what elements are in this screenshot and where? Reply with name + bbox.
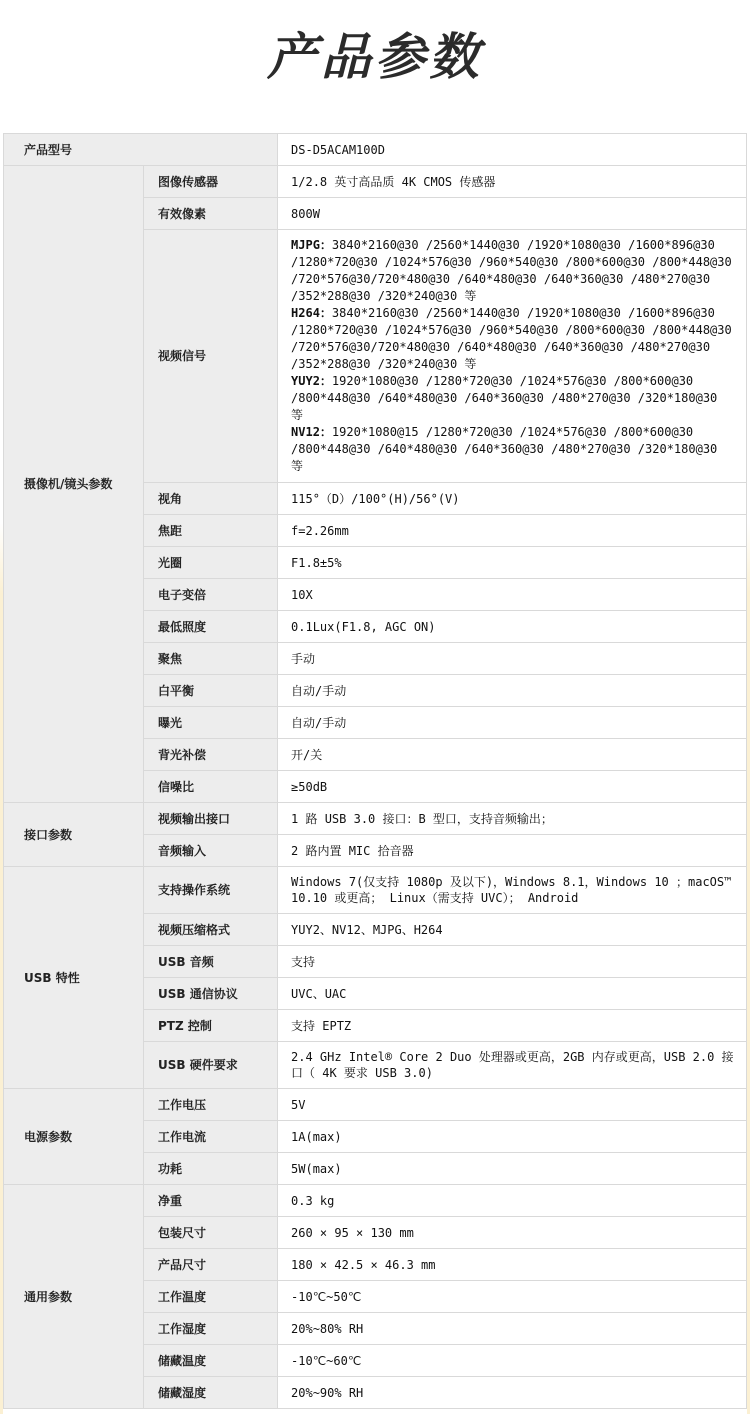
attribute-label-cell: 包装尺寸 — [144, 1217, 278, 1249]
attribute-label-cell: 图像传感器 — [144, 166, 278, 198]
attribute-value-cell: 20%~90% RH — [278, 1377, 747, 1409]
attribute-value-cell: 支持 EPTZ — [278, 1010, 747, 1042]
attribute-value-cell: 开/关 — [278, 739, 747, 771]
attribute-value-cell: 260 × 95 × 130 mm — [278, 1217, 747, 1249]
attribute-label-cell: 白平衡 — [144, 675, 278, 707]
attribute-value-cell: 0.3 kg — [278, 1185, 747, 1217]
attribute-label-cell: USB 硬件要求 — [144, 1042, 278, 1089]
attribute-value-cell: 5W(max) — [278, 1153, 747, 1185]
group-label-cell: 电源参数 — [4, 1089, 144, 1185]
attribute-label-cell: 光圈 — [144, 547, 278, 579]
attribute-value-cell: 115°（D）/100°(H)/56°(V) — [278, 483, 747, 515]
attribute-value-cell: 0.1Lux(F1.8, AGC ON) — [278, 611, 747, 643]
attribute-value-cell: UVC、UAC — [278, 978, 747, 1010]
attribute-value-cell: ≥50dB — [278, 771, 747, 803]
attribute-label-cell: 焦距 — [144, 515, 278, 547]
attribute-label-cell: 产品尺寸 — [144, 1249, 278, 1281]
attribute-label-cell: 视角 — [144, 483, 278, 515]
video-signal-segment: NV12：1920*1080@15 /1280*720@30 /1024*576… — [291, 424, 736, 475]
attribute-label-cell: 工作温度 — [144, 1281, 278, 1313]
group-label-cell: 通用参数 — [4, 1185, 144, 1409]
attribute-label-cell: USB 音频 — [144, 946, 278, 978]
attribute-value-cell: 5V — [278, 1089, 747, 1121]
spec-table: 产品型号DS-D5ACAM100D摄像机/镜头参数图像传感器1/2.8 英寸高品… — [3, 133, 747, 1409]
attribute-label-cell: 工作电压 — [144, 1089, 278, 1121]
attribute-value-cell: 10X — [278, 579, 747, 611]
attribute-label-cell: 背光补偿 — [144, 739, 278, 771]
page-title: 产品参数 — [0, 0, 750, 88]
attribute-label-cell: 最低照度 — [144, 611, 278, 643]
attribute-label-cell: USB 通信协议 — [144, 978, 278, 1010]
attribute-label-cell: 工作电流 — [144, 1121, 278, 1153]
video-signal-segment: YUY2：1920*1080@30 /1280*720@30 /1024*576… — [291, 373, 736, 424]
attribute-label-cell: 音频输入 — [144, 835, 278, 867]
model-value-cell: DS-D5ACAM100D — [278, 134, 747, 166]
attribute-value-cell: 800W — [278, 198, 747, 230]
attribute-value-cell: 自动/手动 — [278, 707, 747, 739]
attribute-value-cell: 180 × 42.5 × 46.3 mm — [278, 1249, 747, 1281]
table-row: USB 特性支持操作系统Windows 7(仅支持 1080p 及以下)，Win… — [4, 867, 747, 914]
attribute-label-cell: 有效像素 — [144, 198, 278, 230]
attribute-value-cell: F1.8±5% — [278, 547, 747, 579]
attribute-value-cell: -10℃~60℃ — [278, 1345, 747, 1377]
attribute-value-cell: 2.4 GHz Intel® Core 2 Duo 处理器或更高，2GB 内存或… — [278, 1042, 747, 1089]
attribute-value-cell: 手动 — [278, 643, 747, 675]
attribute-label-cell: 储藏湿度 — [144, 1377, 278, 1409]
attribute-label-cell: 曝光 — [144, 707, 278, 739]
attribute-label-cell: PTZ 控制 — [144, 1010, 278, 1042]
video-signal-segment: MJPG：3840*2160@30 /2560*1440@30 /1920*10… — [291, 237, 736, 305]
attribute-value-cell: 1A(max) — [278, 1121, 747, 1153]
attribute-label-cell: 支持操作系统 — [144, 867, 278, 914]
attribute-label-cell: 净重 — [144, 1185, 278, 1217]
model-row: 产品型号DS-D5ACAM100D — [4, 134, 747, 166]
attribute-value-cell: MJPG：3840*2160@30 /2560*1440@30 /1920*10… — [278, 230, 747, 483]
table-row: 接口参数视频输出接口1 路 USB 3.0 接口：B 型口，支持音频输出； — [4, 803, 747, 835]
attribute-value-cell: 2 路内置 MIC 拾音器 — [278, 835, 747, 867]
attribute-label-cell: 视频压缩格式 — [144, 914, 278, 946]
table-row: 摄像机/镜头参数图像传感器1/2.8 英寸高品质 4K CMOS 传感器 — [4, 166, 747, 198]
group-label-cell: 接口参数 — [4, 803, 144, 867]
attribute-value-cell: 1/2.8 英寸高品质 4K CMOS 传感器 — [278, 166, 747, 198]
attribute-value-cell: 自动/手动 — [278, 675, 747, 707]
video-signal-segment: H264：3840*2160@30 /2560*1440@30 /1920*10… — [291, 305, 736, 373]
attribute-label-cell: 聚焦 — [144, 643, 278, 675]
group-label-cell: 摄像机/镜头参数 — [4, 166, 144, 803]
attribute-value-cell: -10℃~50℃ — [278, 1281, 747, 1313]
attribute-label-cell: 储藏温度 — [144, 1345, 278, 1377]
table-row: 通用参数净重0.3 kg — [4, 1185, 747, 1217]
spec-table-body: 产品型号DS-D5ACAM100D摄像机/镜头参数图像传感器1/2.8 英寸高品… — [4, 134, 747, 1409]
attribute-label-cell: 电子变倍 — [144, 579, 278, 611]
product-spec-page: 产品参数 产品型号DS-D5ACAM100D摄像机/镜头参数图像传感器1/2.8… — [0, 0, 750, 1414]
attribute-label-cell: 功耗 — [144, 1153, 278, 1185]
attribute-label-cell: 工作湿度 — [144, 1313, 278, 1345]
model-label-cell: 产品型号 — [4, 134, 278, 166]
attribute-label-cell: 信噪比 — [144, 771, 278, 803]
spec-card: 产品型号DS-D5ACAM100D摄像机/镜头参数图像传感器1/2.8 英寸高品… — [3, 133, 747, 1414]
attribute-label-cell: 视频输出接口 — [144, 803, 278, 835]
attribute-value-cell: 支持 — [278, 946, 747, 978]
attribute-value-cell: YUY2、NV12、MJPG、H264 — [278, 914, 747, 946]
attribute-value-cell: Windows 7(仅支持 1080p 及以下)，Windows 8.1，Win… — [278, 867, 747, 914]
attribute-value-cell: 20%~80% RH — [278, 1313, 747, 1345]
attribute-value-cell: f=2.26mm — [278, 515, 747, 547]
table-row: 电源参数工作电压5V — [4, 1089, 747, 1121]
group-label-cell: USB 特性 — [4, 867, 144, 1089]
attribute-label-cell: 视频信号 — [144, 230, 278, 483]
attribute-value-cell: 1 路 USB 3.0 接口：B 型口，支持音频输出； — [278, 803, 747, 835]
